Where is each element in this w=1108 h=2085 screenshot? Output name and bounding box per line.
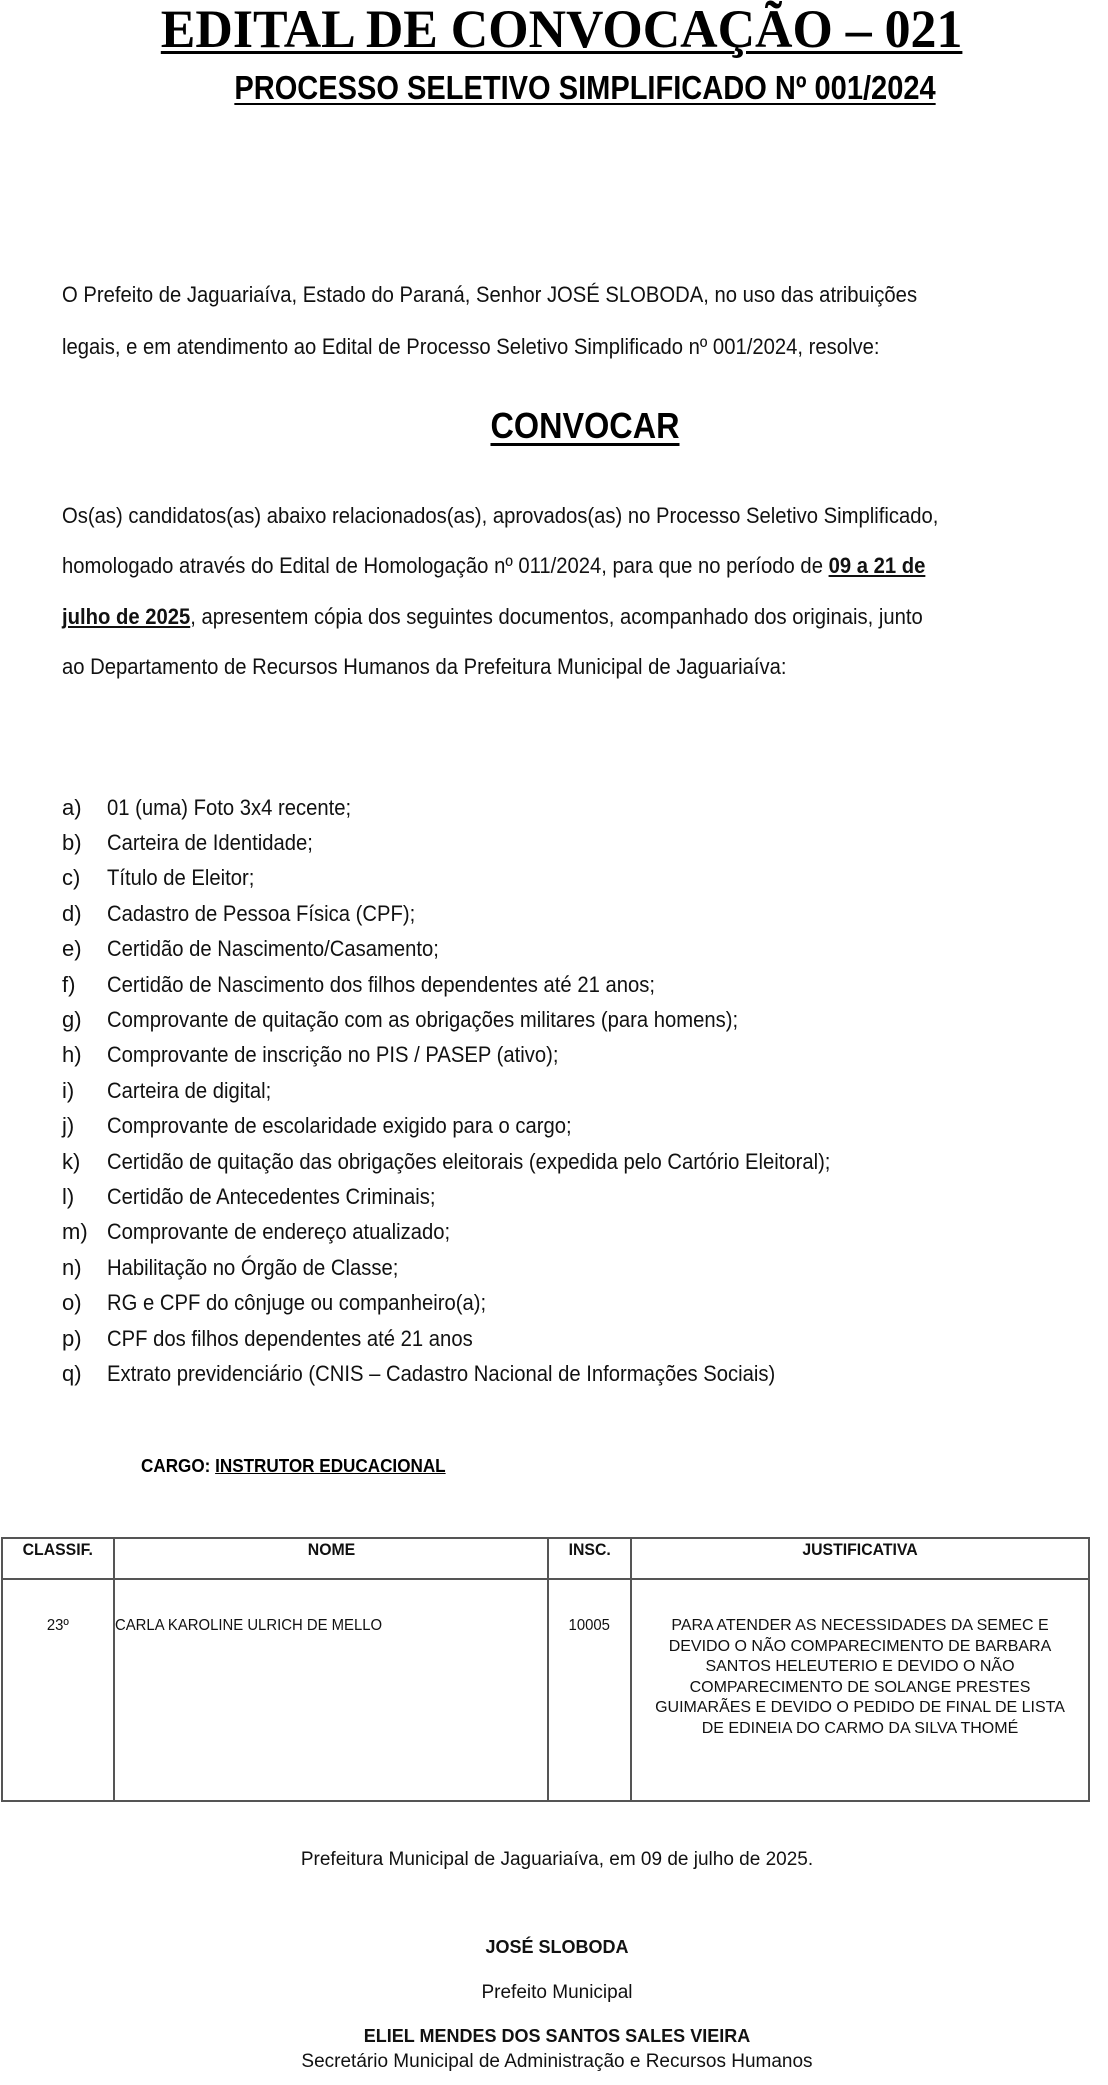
list-item-letter: l) — [62, 1184, 107, 1210]
body-line-1: Os(as) candidatos(as) abaixo relacionado… — [62, 503, 938, 529]
cell-nome: CARLA KAROLINE ULRICH DE MELLO — [114, 1579, 548, 1801]
list-item-text: Habilitação no Órgão de Classe; — [107, 1255, 398, 1281]
list-item: c)Título de Eleitor; — [62, 861, 1102, 896]
list-item: a)01 (uma) Foto 3x4 recente; — [62, 790, 1102, 825]
list-item-text: Carteira de digital; — [107, 1078, 271, 1104]
list-item-letter: h) — [62, 1042, 107, 1068]
list-item-text: Comprovante de inscrição no PIS / PASEP … — [107, 1042, 558, 1068]
list-item-text: Certidão de Antecedentes Criminais; — [107, 1184, 436, 1210]
intro-line-1: O Prefeito de Jaguariaíva, Estado do Par… — [62, 282, 1106, 308]
list-item-text: RG e CPF do cônjuge ou companheiro(a); — [107, 1290, 486, 1316]
list-item-text: Extrato previdenciário (CNIS – Cadastro … — [107, 1361, 775, 1387]
list-item-letter: g) — [62, 1007, 107, 1033]
list-item-text: Comprovante de escolaridade exigido para… — [107, 1113, 572, 1139]
column-header-classif: CLASSIF. — [2, 1538, 114, 1579]
list-item: h)Comprovante de inscrição no PIS / PASE… — [62, 1038, 1102, 1073]
document-title: EDITAL DE CONVOCAÇÃO – 021 — [0, 0, 1108, 58]
list-item: g)Comprovante de quitação com as obrigaç… — [62, 1002, 1102, 1037]
list-item-letter: a) — [62, 795, 107, 821]
list-item: p)CPF dos filhos dependentes até 21 anos — [62, 1321, 1102, 1356]
cell-classif: 23º — [2, 1579, 114, 1801]
list-item-letter: f) — [62, 972, 107, 998]
list-item-text: Cadastro de Pessoa Física (CPF); — [107, 901, 415, 927]
list-item-text: 01 (uma) Foto 3x4 recente; — [107, 795, 351, 821]
body-line-2-text: homologado através do Edital de Homologa… — [62, 553, 829, 578]
list-item-text: Comprovante de quitação com as obrigaçõe… — [107, 1007, 738, 1033]
cargo-value: INSTRUTOR EDUCACIONAL — [215, 1456, 446, 1476]
date-line: Prefeitura Municipal de Jaguariaíva, em … — [0, 1849, 1108, 1871]
list-item: l)Certidão de Antecedentes Criminais; — [62, 1179, 1102, 1214]
list-item-text: Certidão de Nascimento/Casamento; — [107, 936, 439, 962]
candidates-table: CLASSIF. NOME INSC. JUSTIFICATIVA 23º CA… — [1, 1537, 1090, 1802]
list-item: i)Carteira de digital; — [62, 1073, 1102, 1108]
list-item-letter: d) — [62, 901, 107, 927]
document-subtitle: PROCESSO SELETIVO SIMPLIFICADO Nº 001/20… — [70, 68, 1100, 108]
list-item: b)Carteira de Identidade; — [62, 825, 1102, 860]
list-item-text: CPF dos filhos dependentes até 21 anos — [107, 1326, 473, 1352]
list-item-letter: i) — [62, 1078, 107, 1104]
column-header-nome: NOME — [114, 1538, 548, 1579]
list-item: f)Certidão de Nascimento dos filhos depe… — [62, 967, 1102, 1002]
list-item-text: Certidão de quitação das obrigações elei… — [107, 1149, 830, 1175]
cargo-label: CARGO: INSTRUTOR EDUCACIONAL — [141, 1456, 446, 1477]
body-line-3-text: , apresentem cópia dos seguintes documen… — [190, 604, 922, 629]
list-item-letter: o) — [62, 1290, 107, 1316]
list-item-letter: m) — [62, 1219, 107, 1245]
body-line-4: ao Departamento de Recursos Humanos da P… — [62, 654, 787, 680]
list-item-letter: b) — [62, 830, 107, 856]
cargo-label-text: CARGO: — [141, 1456, 215, 1476]
body-line-3: julho de 2025, apresentem cópia dos segu… — [62, 604, 923, 630]
cell-justificativa: PARA ATENDER AS NECESSIDADES DA SEMEC E … — [631, 1579, 1089, 1801]
list-item: n)Habilitação no Órgão de Classe; — [62, 1250, 1102, 1285]
list-item-letter: p) — [62, 1326, 107, 1352]
list-item-letter: n) — [62, 1255, 107, 1281]
list-item: e)Certidão de Nascimento/Casamento; — [62, 932, 1102, 967]
period-end-highlight: julho de 2025 — [62, 604, 190, 629]
cell-insc: 10005 — [548, 1579, 631, 1801]
list-item-letter: q) — [62, 1361, 107, 1387]
list-item-text: Certidão de Nascimento dos filhos depend… — [107, 972, 655, 998]
signer-mayor-role: Prefeito Municipal — [0, 1982, 1108, 2004]
list-item-letter: c) — [62, 865, 107, 891]
list-item-text: Título de Eleitor; — [107, 865, 254, 891]
list-item: d)Cadastro de Pessoa Física (CPF); — [62, 896, 1102, 931]
list-item: k)Certidão de quitação das obrigações el… — [62, 1144, 1102, 1179]
list-item-letter: e) — [62, 936, 107, 962]
period-start-highlight: 09 a 21 de — [829, 553, 926, 578]
column-header-insc: INSC. — [548, 1538, 631, 1579]
list-item-text: Carteira de Identidade; — [107, 830, 313, 856]
section-heading-convocar: CONVOCAR — [59, 404, 1108, 448]
list-item: j)Comprovante de escolaridade exigido pa… — [62, 1109, 1102, 1144]
body-line-2: homologado através do Edital de Homologa… — [62, 553, 925, 579]
intro-line-2: legais, e em atendimento ao Edital de Pr… — [62, 334, 879, 360]
list-item-letter: j) — [62, 1113, 107, 1139]
signer-secretary-role: Secretário Municipal de Administração e … — [0, 2051, 1108, 2073]
table-row: 23º CARLA KAROLINE ULRICH DE MELLO 10005… — [2, 1579, 1089, 1801]
signer-mayor-name: JOSÉ SLOBODA — [0, 1937, 1108, 1958]
list-item: m)Comprovante de endereço atualizado; — [62, 1215, 1102, 1250]
list-item: q)Extrato previdenciário (CNIS – Cadastr… — [62, 1356, 1102, 1391]
signer-secretary-name: ELIEL MENDES DOS SANTOS SALES VIEIRA — [0, 2026, 1108, 2047]
required-documents-list: a)01 (uma) Foto 3x4 recente;b)Carteira d… — [62, 790, 1102, 1392]
list-item-letter: k) — [62, 1149, 107, 1175]
table-header-row: CLASSIF. NOME INSC. JUSTIFICATIVA — [2, 1538, 1089, 1579]
list-item-text: Comprovante de endereço atualizado; — [107, 1219, 450, 1245]
list-item: o)RG e CPF do cônjuge ou companheiro(a); — [62, 1285, 1102, 1320]
column-header-justificativa: JUSTIFICATIVA — [631, 1538, 1089, 1579]
